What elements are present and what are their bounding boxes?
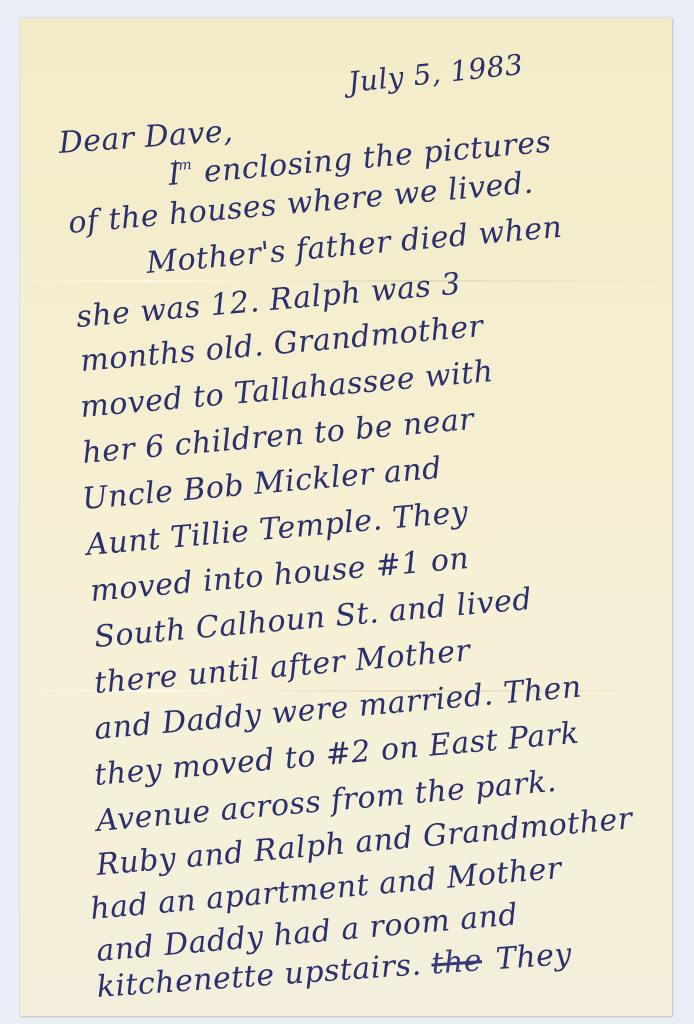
letter-page: July 5, 1983 Dear Dave, I'm enclosing th…	[20, 18, 672, 1016]
letter-date: July 5, 1983	[347, 48, 525, 99]
letter-line-superscript: 'm	[173, 157, 192, 175]
struck-through-word: the	[430, 943, 483, 981]
letter-line-continuation: They	[495, 937, 573, 977]
